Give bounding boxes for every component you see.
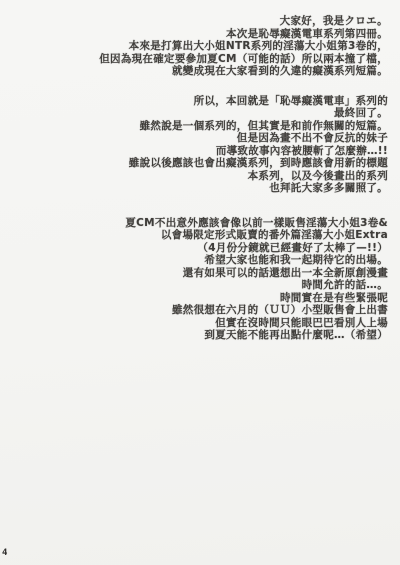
text-line: 而導致故事內容被腰斬了怎麼辦…!! [0, 145, 388, 158]
text-line: 雖然說是一個系列的，但其實是和前作無關的短篇。 [0, 120, 388, 133]
text-line: 但因為現在確定要參加夏CM（可能的話）所以兩本撞了檔， [0, 53, 388, 66]
afterword-paragraph-future-plans: 夏CM不出意外應該會像以前一樣販售淫蕩大小姐3卷& 以會場限定形式販賣的番外篇淫… [0, 217, 388, 342]
afterword-paragraph-opening: 大家好，我是クロエ。 本次是恥辱癡漢電車系列第四冊。 本來是打算出大小姐NTR系… [0, 15, 388, 78]
text-line: 本系列，以及今後畫出的系列 [0, 170, 388, 183]
text-line: 還有如果可以的話還想出一本全新原創漫畫 [0, 267, 388, 280]
text-line: 本次是恥辱癡漢電車系列第四冊。 [0, 28, 388, 41]
text-line: 以會場限定形式販賣的番外篇淫蕩大小姐Extra [0, 229, 388, 242]
text-line: 但是因為畫不出不會反抗的妹子 [0, 132, 388, 145]
text-line: 最終回了。 [0, 107, 388, 120]
text-line: 時間允許的話…。 [0, 279, 388, 292]
text-line: 就變成現在大家看到的久違的癡漢系列短篇。 [0, 65, 388, 78]
text-line: 大家好，我是クロエ。 [0, 15, 388, 28]
text-line: 時間實在是有些緊張呢 [0, 292, 388, 305]
text-line: （4月份分鏡就已經畫好了太棒了—!!） [0, 242, 388, 255]
text-line: 到夏天能不能再出點什麼呢…（希望） [0, 329, 388, 342]
text-line: 也拜託大家多多關照了。 [0, 182, 388, 195]
page-number: 4 [2, 548, 7, 558]
text-line: 但實在沒時間只能眼巴巴看別人上場 [0, 317, 388, 330]
text-line: 所以，本回就是「恥辱癡漢電車」系列的 [0, 95, 388, 108]
scanned-afterword-page: 大家好，我是クロエ。 本次是恥辱癡漢電車系列第四冊。 本來是打算出大小姐NTR系… [0, 0, 400, 565]
text-line: 夏CM不出意外應該會像以前一樣販售淫蕩大小姐3卷& [0, 217, 388, 230]
text-line: 雖說以後應該也會出癡漢系列，到時應該會用新的標題 [0, 157, 388, 170]
afterword-text: 大家好，我是クロエ。 本次是恥辱癡漢電車系列第四冊。 本來是打算出大小姐NTR系… [0, 15, 388, 342]
text-line: 本來是打算出大小姐NTR系列的淫蕩大小姐第3卷的， [0, 40, 388, 53]
text-line: 希望大家也能和我一起期待它的出場。 [0, 254, 388, 267]
afterword-paragraph-series-end: 所以，本回就是「恥辱癡漢電車」系列的 最終回了。 雖然說是一個系列的，但其實是和… [0, 95, 388, 195]
text-line: 雖然很想在六月的（ＵＵ）小型販售會上出書 [0, 304, 388, 317]
